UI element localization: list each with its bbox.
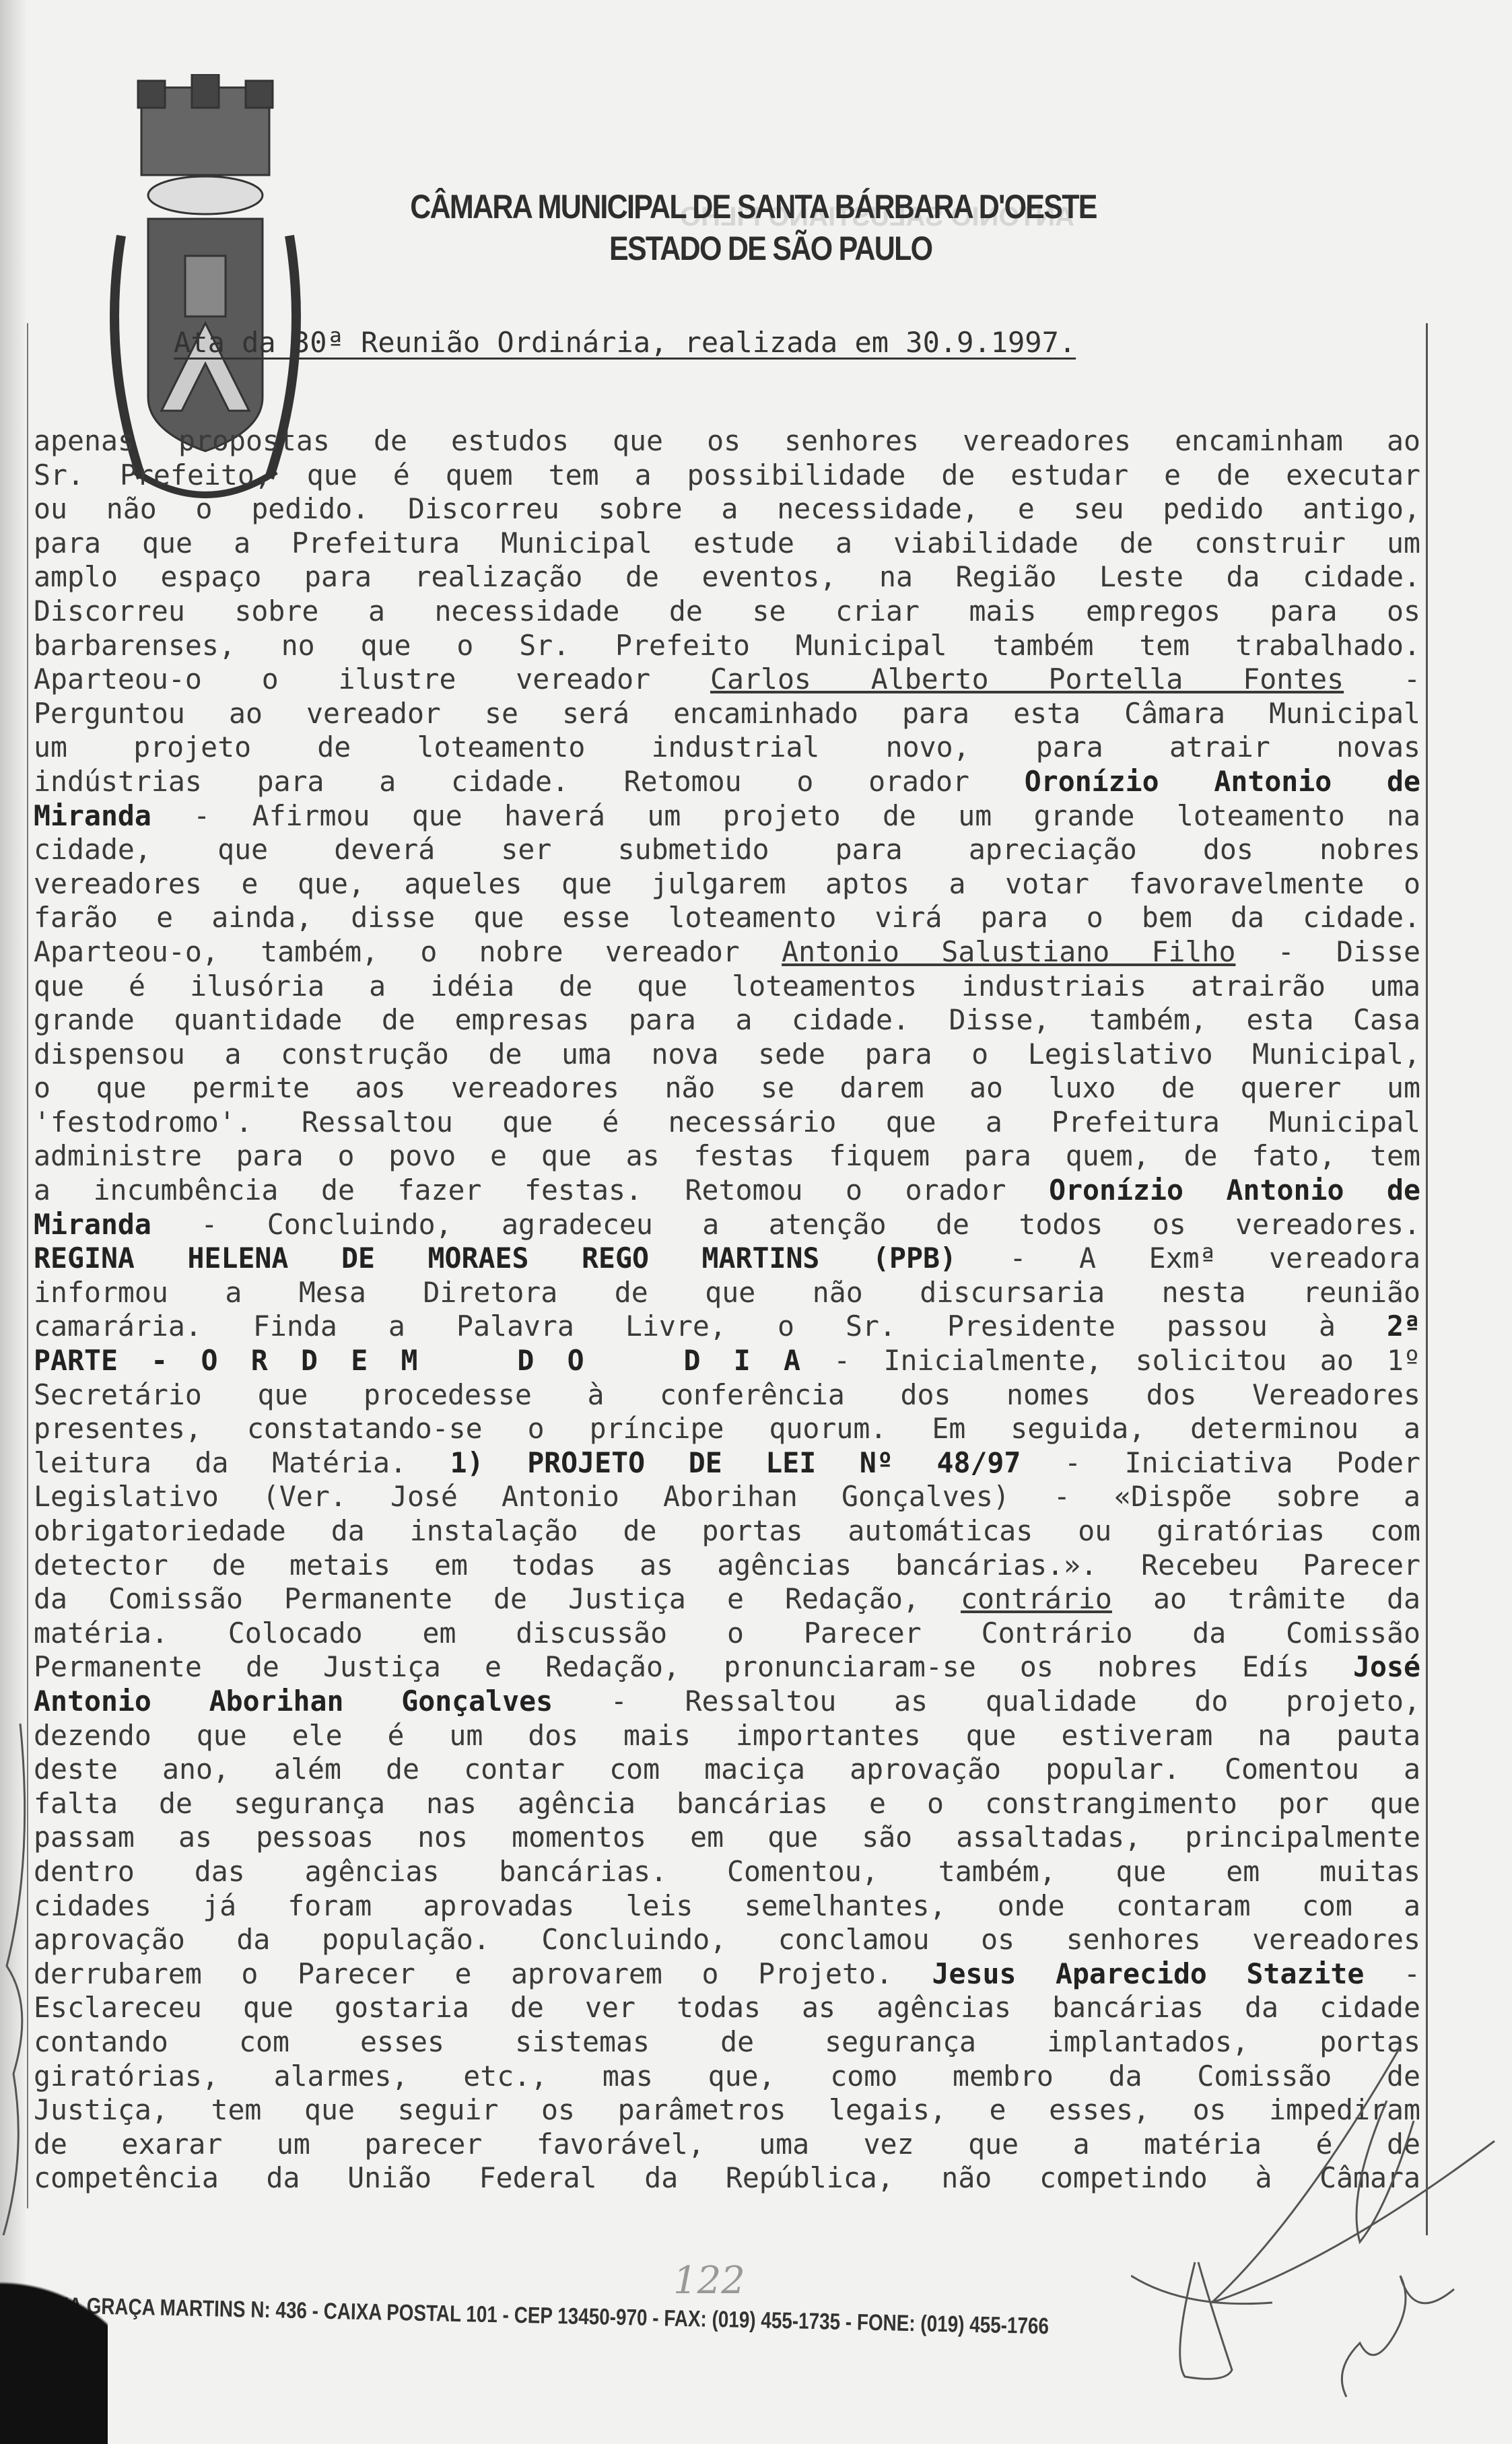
text-line: obrigatoriedade da instalação de portas … [34, 1514, 1420, 1549]
text-run: ao trâmite da [1112, 1582, 1420, 1615]
bold-name: Miranda [34, 799, 151, 832]
text-line: PARTE - O R D E M D O D I A - Inicialmen… [34, 1344, 1420, 1378]
text-line: Miranda - Afirmou que haverá um projeto … [34, 799, 1420, 834]
text-run: - Iniciativa Poder [1021, 1446, 1420, 1479]
handwritten-page-number: 122 [673, 2259, 745, 2303]
text-run: leitura da Matéria. [34, 1446, 450, 1479]
text-run: dezendo que ele é um dos mais importante… [34, 1719, 1420, 1752]
text-line: cidades já foram aprovadas leis semelhan… [34, 1889, 1420, 1924]
text-run: - A Exmª vereadora [957, 1242, 1420, 1275]
text-run: farão e ainda, disse que esse loteamento… [34, 901, 1420, 934]
text-line: da Comissão Permanente de Justiça e Reda… [34, 1582, 1420, 1617]
text-line: dezendo que ele é um dos mais importante… [34, 1719, 1420, 1753]
text-line: Justiça, tem que seguir os parâmetros le… [34, 2093, 1420, 2128]
text-line: falta de segurança nas agência bancárias… [34, 1787, 1420, 1821]
page-frame-right [1426, 323, 1428, 2235]
text-line: 'festodromo'. Ressaltou que é necessário… [34, 1106, 1420, 1140]
text-run: passam as pessoas nos momentos em que sã… [34, 1821, 1420, 1854]
text-line: farão e ainda, disse que esse loteamento… [34, 901, 1420, 935]
text-run: presentes, constatando-se o príncipe quo… [34, 1412, 1420, 1445]
text-run: derrubarem o Parecer e aprovarem o Proje… [34, 1957, 932, 1990]
text-run: cidades já foram aprovadas leis semelhan… [34, 1889, 1420, 1922]
text-run: Justiça, tem que seguir os parâmetros le… [34, 2093, 1420, 2126]
minutes-body-text: apenas propostas de estudos que os senho… [34, 424, 1420, 2196]
text-line: de exarar um parecer favorável, uma vez … [34, 2128, 1420, 2162]
text-run: obrigatoriedade da instalação de portas … [34, 1514, 1420, 1547]
text-run: matéria. Colocado em discussão o Parecer… [34, 1617, 1420, 1650]
text-line: matéria. Colocado em discussão o Parecer… [34, 1617, 1420, 1651]
text-run: apenas propostas de estudos que os senho… [34, 424, 1420, 457]
scan-corner-shadow [0, 2175, 108, 2444]
text-line: vereadores e que, aqueles que julgarem a… [34, 867, 1420, 902]
text-run: falta de segurança nas agência bancárias… [34, 1787, 1420, 1820]
bold-name: Antonio Aborihan Gonçalves [34, 1685, 553, 1718]
text-line: Aparteou-o o ilustre vereador Carlos Alb… [34, 663, 1420, 697]
bold-name: PARTE - O R D E M D O D I A [34, 1344, 800, 1377]
text-run: camarária. Finda a Palavra Livre, o Sr. … [34, 1310, 1387, 1343]
text-line: um projeto de loteamento industrial novo… [34, 731, 1420, 765]
text-run: deste ano, além de contar com maciça apr… [34, 1753, 1420, 1786]
text-run: de exarar um parecer favorável, uma vez … [34, 2128, 1420, 2161]
text-run: informou a Mesa Diretora de que não disc… [34, 1276, 1420, 1309]
text-line: barbarenses, no que o Sr. Prefeito Munic… [34, 629, 1420, 663]
text-line: o que permite aos vereadores não se dare… [34, 1071, 1420, 1106]
text-run: - [1344, 663, 1420, 695]
bold-name: Oronízio Antonio de [1049, 1174, 1420, 1207]
text-line: Sr. Prefeito, que é quem tem a possibili… [34, 459, 1420, 493]
text-run: - Ressaltou as qualidade do projeto, [553, 1685, 1420, 1718]
text-run: barbarenses, no que o Sr. Prefeito Munic… [34, 629, 1420, 662]
text-run: um projeto de loteamento industrial novo… [34, 731, 1420, 763]
text-line: camarária. Finda a Palavra Livre, o Sr. … [34, 1310, 1420, 1344]
text-line: grande quantidade de empresas para a cid… [34, 1003, 1420, 1038]
text-line: que é ilusória a idéia de que loteamento… [34, 970, 1420, 1004]
text-line: detector de metais em todas as agências … [34, 1549, 1420, 1583]
footer-address: RUA GRAÇA MARTINS N: 436 - CAIXA POSTAL … [41, 2293, 1049, 2340]
text-run: detector de metais em todas as agências … [34, 1549, 1420, 1582]
text-line: Permanente de Justiça e Redação, pronunc… [34, 1650, 1420, 1685]
text-run: que é ilusória a idéia de que loteamento… [34, 970, 1420, 1003]
text-run: amplo espaço para realização de eventos,… [34, 560, 1420, 593]
text-run: - Inicialmente, solicitou ao 1º [800, 1344, 1420, 1377]
text-line: presentes, constatando-se o príncipe quo… [34, 1412, 1420, 1446]
text-line: Miranda - Concluindo, agradeceu a atençã… [34, 1208, 1420, 1242]
bold-name: Oronízio Antonio de [1025, 765, 1420, 798]
bold-name: José [1353, 1650, 1420, 1683]
text-line: passam as pessoas nos momentos em que sã… [34, 1821, 1420, 1855]
text-run: giratórias, alarmes, etc., mas que, como… [34, 2060, 1420, 2093]
text-run: vereadores e que, aqueles que julgarem a… [34, 867, 1420, 900]
text-run: competência da União Federal da Repúblic… [34, 2161, 1420, 2194]
text-line: derrubarem o Parecer e aprovarem o Proje… [34, 1957, 1420, 1992]
text-run: indústrias para a cidade. Retomou o orad… [34, 765, 1025, 798]
text-run: grande quantidade de empresas para a cid… [34, 1003, 1420, 1036]
text-run: - Disse [1235, 935, 1420, 968]
text-run: Sr. Prefeito, que é quem tem a possibili… [34, 459, 1420, 491]
text-line: Discorreu sobre a necessidade de se cria… [34, 595, 1420, 629]
text-run: Secretário que procedesse à conferência … [34, 1378, 1420, 1411]
text-run: cidade, que deverá ser submetido para ap… [34, 833, 1420, 866]
text-line: giratórias, alarmes, etc., mas que, como… [34, 2060, 1420, 2094]
text-line: aprovação da população. Concluindo, conc… [34, 1923, 1420, 1957]
bold-name: 1) PROJETO DE LEI Nº 48/97 [450, 1446, 1021, 1479]
underlined-name: Carlos Alberto Portella Fontes [710, 663, 1344, 695]
text-line: informou a Mesa Diretora de que não disc… [34, 1276, 1420, 1310]
text-run: dispensou a construção de uma nova sede … [34, 1038, 1420, 1071]
text-run: - [1364, 1957, 1420, 1990]
text-line: leitura da Matéria. 1) PROJETO DE LEI Nº… [34, 1446, 1420, 1481]
text-run: ou não o pedido. Discorreu sobre a neces… [34, 492, 1420, 525]
text-line: Aparteou-o, também, o nobre vereador Ant… [34, 935, 1420, 970]
underlined-name: contrário [961, 1582, 1112, 1615]
text-run: a incumbência de fazer festas. Retomou o… [34, 1174, 1049, 1207]
text-line: a incumbência de fazer festas. Retomou o… [34, 1174, 1420, 1208]
text-run: Aparteou-o, também, o nobre vereador [34, 935, 782, 968]
text-line: dentro das agências bancárias. Comentou,… [34, 1855, 1420, 1889]
text-line: contando com esses sistemas de segurança… [34, 2025, 1420, 2060]
bold-name: REGINA HELENA DE MORAES REGO MARTINS (PP… [34, 1242, 957, 1275]
text-run: o que permite aos vereadores não se dare… [34, 1071, 1420, 1104]
text-run: dentro das agências bancárias. Comentou,… [34, 1855, 1420, 1888]
state-name: ESTADO DE SÃO PAULO [609, 229, 932, 268]
text-line: deste ano, além de contar com maciça apr… [34, 1753, 1420, 1787]
institution-name: CÂMARA MUNICIPAL DE SANTA BÁRBARA D'OEST… [377, 187, 1130, 226]
text-line: apenas propostas de estudos que os senho… [34, 424, 1420, 459]
text-line: cidade, que deverá ser submetido para ap… [34, 833, 1420, 867]
text-run: administre para o povo e que as festas f… [34, 1139, 1420, 1172]
text-line: indústrias para a cidade. Retomou o orad… [34, 765, 1420, 799]
text-line: administre para o povo e que as festas f… [34, 1139, 1420, 1174]
text-run: para que a Prefeitura Municipal estude a… [34, 527, 1420, 559]
scan-page-edge [0, 0, 27, 2444]
text-line: amplo espaço para realização de eventos,… [34, 560, 1420, 595]
text-line: Legislativo (Ver. José Antonio Aborihan … [34, 1480, 1420, 1514]
text-run: - Afirmou que haverá um projeto de um gr… [151, 799, 1420, 832]
bold-name: 2ª [1387, 1310, 1420, 1343]
text-run: - Concluindo, agradeceu a atenção de tod… [151, 1208, 1420, 1241]
text-run: Aparteou-o o ilustre vereador [34, 663, 710, 695]
text-line: Esclareceu que gostaria de ver todas as … [34, 1991, 1420, 2025]
text-run: 'festodromo'. Ressaltou que é necessário… [34, 1106, 1420, 1139]
text-line: competência da União Federal da Repúblic… [34, 2161, 1420, 2196]
text-line: dispensou a construção de uma nova sede … [34, 1038, 1420, 1072]
bold-name: Miranda [34, 1208, 151, 1241]
text-run: Legislativo (Ver. José Antonio Aborihan … [34, 1480, 1420, 1513]
text-line: para que a Prefeitura Municipal estude a… [34, 527, 1420, 561]
document-title: Ata da 30ª Reunião Ordinária, realizada … [174, 326, 1076, 359]
text-run: Esclareceu que gostaria de ver todas as … [34, 1991, 1420, 2024]
text-run: contando com esses sistemas de segurança… [34, 2025, 1420, 2058]
text-line: Perguntou ao vereador se será encaminhad… [34, 697, 1420, 731]
text-line: Secretário que procedesse à conferência … [34, 1378, 1420, 1413]
bold-name: Jesus Aparecido Stazite [932, 1957, 1365, 1990]
text-line: ou não o pedido. Discorreu sobre a neces… [34, 492, 1420, 527]
text-line: REGINA HELENA DE MORAES REGO MARTINS (PP… [34, 1242, 1420, 1276]
text-run: aprovação da população. Concluindo, conc… [34, 1923, 1420, 1956]
text-run: Perguntou ao vereador se será encaminhad… [34, 697, 1420, 730]
text-run: da Comissão Permanente de Justiça e Reda… [34, 1582, 961, 1615]
page-frame-left [27, 323, 28, 2208]
text-line: Antonio Aborihan Gonçalves - Ressaltou a… [34, 1685, 1420, 1719]
text-run: Permanente de Justiça e Redação, pronunc… [34, 1650, 1353, 1683]
text-run: Discorreu sobre a necessidade de se cria… [34, 595, 1420, 627]
underlined-name: Antonio Salustiano Filho [782, 935, 1235, 968]
